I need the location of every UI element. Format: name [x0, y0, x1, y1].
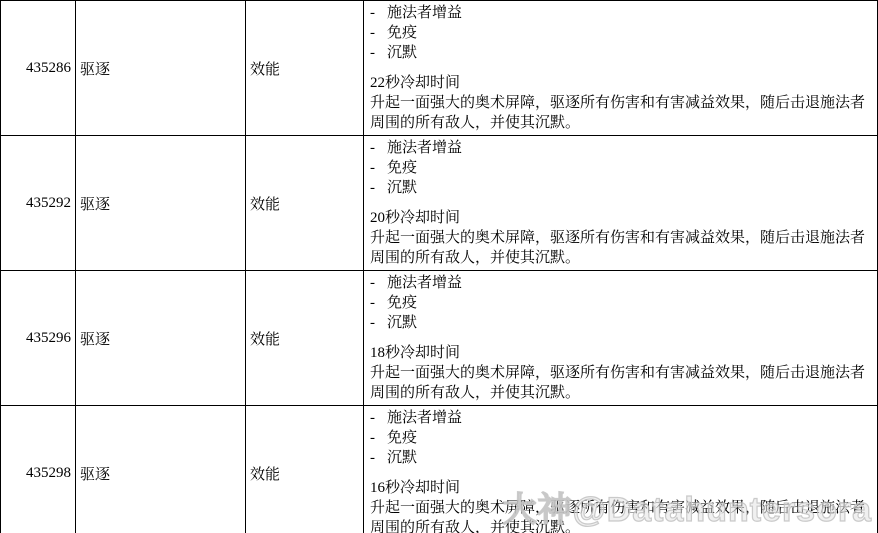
bullet-item: -施法者增益	[370, 138, 867, 158]
bullet-text: 沉默	[387, 45, 417, 61]
bullet-item: -免疫	[370, 158, 867, 178]
table-row: 435298 驱逐 效能 -施法者增益 -免疫 -沉默 16秒冷却时间 升起一面…	[1, 406, 878, 533]
bullet-text: 沉默	[387, 315, 417, 331]
category-cell: 效能	[246, 136, 364, 271]
bullet-text: 沉默	[387, 450, 417, 466]
bullet-item: -沉默	[370, 43, 867, 63]
bullet-dash: -	[370, 448, 387, 468]
spacer	[370, 468, 867, 478]
spell-id-cell: 435296	[1, 271, 76, 406]
bullet-dash: -	[370, 293, 387, 313]
description-text: 升起一面强大的奥术屏障，驱逐所有伤害和有害减益效果，随后击退施法者周围的所有敌人…	[370, 228, 867, 268]
bullet-text: 施法者增益	[387, 5, 462, 21]
bullet-text: 免疫	[387, 160, 417, 176]
bullet-text: 施法者增益	[387, 275, 462, 291]
spacer	[370, 333, 867, 343]
bullet-text: 施法者增益	[387, 410, 462, 426]
bullet-dash: -	[370, 3, 387, 23]
description-text: 升起一面强大的奥术屏障，驱逐所有伤害和有害减益效果，随后击退施法者周围的所有敌人…	[370, 363, 867, 403]
bullet-dash: -	[370, 43, 387, 63]
spell-name-cell: 驱逐	[76, 136, 246, 271]
spell-table: 435286 驱逐 效能 -施法者增益 -免疫 -沉默 22秒冷却时间 升起一面…	[0, 0, 878, 533]
bullet-dash: -	[370, 428, 387, 448]
bullet-dash: -	[370, 158, 387, 178]
bullet-dash: -	[370, 138, 387, 158]
description-text: 升起一面强大的奥术屏障，驱逐所有伤害和有害减益效果，随后击退施法者周围的所有敌人…	[370, 93, 867, 133]
bullet-item: -沉默	[370, 178, 867, 198]
bullet-item: -免疫	[370, 23, 867, 43]
spacer	[370, 198, 867, 208]
spacer	[370, 63, 867, 73]
bullet-item: -免疫	[370, 293, 867, 313]
table-row: 435296 驱逐 效能 -施法者增益 -免疫 -沉默 18秒冷却时间 升起一面…	[1, 271, 878, 406]
bullet-dash: -	[370, 178, 387, 198]
bullet-text: 免疫	[387, 430, 417, 446]
bullet-item: -免疫	[370, 428, 867, 448]
description-text: 升起一面强大的奥术屏障，驱逐所有伤害和有害减益效果，随后击退施法者周围的所有敌人…	[370, 498, 867, 533]
details-cell: -施法者增益 -免疫 -沉默 16秒冷却时间 升起一面强大的奥术屏障，驱逐所有伤…	[364, 406, 878, 533]
details-cell: -施法者增益 -免疫 -沉默 18秒冷却时间 升起一面强大的奥术屏障，驱逐所有伤…	[364, 271, 878, 406]
spell-id-cell: 435298	[1, 406, 76, 533]
bullet-text: 沉默	[387, 180, 417, 196]
bullet-item: -沉默	[370, 448, 867, 468]
table-row: 435286 驱逐 效能 -施法者增益 -免疫 -沉默 22秒冷却时间 升起一面…	[1, 1, 878, 136]
bullet-dash: -	[370, 23, 387, 43]
spell-id-cell: 435292	[1, 136, 76, 271]
bullet-dash: -	[370, 313, 387, 333]
bullet-text: 免疫	[387, 295, 417, 311]
bullet-text: 免疫	[387, 25, 417, 41]
bullet-item: -沉默	[370, 313, 867, 333]
bullet-text: 施法者增益	[387, 140, 462, 156]
spell-name-cell: 驱逐	[76, 271, 246, 406]
details-cell: -施法者增益 -免疫 -沉默 20秒冷却时间 升起一面强大的奥术屏障，驱逐所有伤…	[364, 136, 878, 271]
details-cell: -施法者增益 -免疫 -沉默 22秒冷却时间 升起一面强大的奥术屏障，驱逐所有伤…	[364, 1, 878, 136]
category-cell: 效能	[246, 271, 364, 406]
spell-id-cell: 435286	[1, 1, 76, 136]
cooldown-text: 18秒冷却时间	[370, 343, 867, 363]
table-row: 435292 驱逐 效能 -施法者增益 -免疫 -沉默 20秒冷却时间 升起一面…	[1, 136, 878, 271]
cooldown-text: 20秒冷却时间	[370, 208, 867, 228]
category-cell: 效能	[246, 406, 364, 533]
cooldown-text: 22秒冷却时间	[370, 73, 867, 93]
bullet-dash: -	[370, 273, 387, 293]
spell-name-cell: 驱逐	[76, 1, 246, 136]
bullet-item: -施法者增益	[370, 3, 867, 23]
cooldown-text: 16秒冷却时间	[370, 478, 867, 498]
bullet-item: -施法者增益	[370, 273, 867, 293]
bullet-item: -施法者增益	[370, 408, 867, 428]
category-cell: 效能	[246, 1, 364, 136]
spell-name-cell: 驱逐	[76, 406, 246, 533]
bullet-dash: -	[370, 408, 387, 428]
